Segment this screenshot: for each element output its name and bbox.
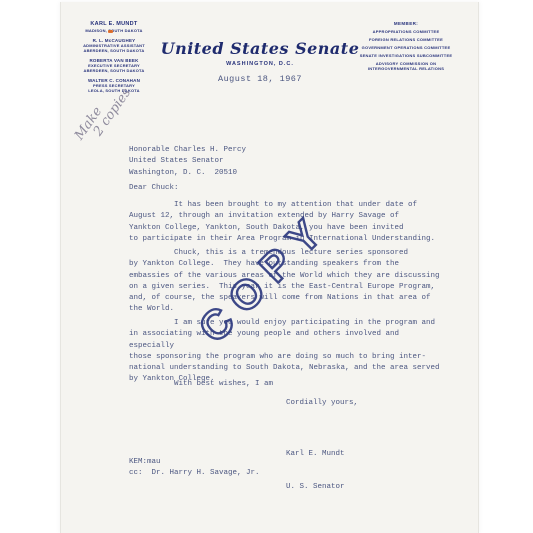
signature-name: Karl E. Mundt	[286, 449, 345, 460]
recipient-address: Honorable Charles H. Percy United States…	[129, 145, 389, 179]
letter-date: August 18, 1967	[151, 74, 369, 84]
reference-cc-block: KEM:mau cc: Dr. Harry H. Savage, Jr.	[129, 457, 260, 480]
body-paragraph-3: I am sure you would enjoy participating …	[129, 318, 445, 386]
committee-item: GOVERNMENT OPERATIONS COMMITTEE	[351, 46, 461, 51]
valediction: Cordially yours,	[286, 398, 358, 409]
senator-location: MADISON, SOUTH DAKOTA	[70, 28, 158, 33]
closing-wishes: With best wishes, I am	[129, 379, 445, 390]
signature-block: Karl E. Mundt U. S. Senator	[286, 426, 345, 516]
senator-block: KARL E. MUNDT MADISON, SOUTH DAKOTA	[70, 21, 158, 33]
scan-artifact-mark	[108, 30, 113, 33]
committee-item: SENATE INVESTIGATIONS SUBCOMMITTEE	[351, 54, 461, 59]
letter-page: KARL E. MUNDT MADISON, SOUTH DAKOTA R. L…	[60, 2, 479, 533]
committee-item: APPROPRIATIONS COMMITTEE	[351, 30, 461, 35]
body-paragraph-2: Chuck, this is a tremendous lecture seri…	[129, 248, 445, 316]
senator-name: KARL E. MUNDT	[70, 21, 158, 28]
organization-city: WASHINGTON, D.C.	[151, 61, 369, 67]
committee-item: FOREIGN RELATIONS COMMITTEE	[351, 38, 461, 43]
committee-item: ADVISORY COMMISSION ON INTERGOVERNMENTAL…	[351, 62, 461, 72]
letterhead-right-column: MEMBER: APPROPRIATIONS COMMITTEE FOREIGN…	[351, 21, 461, 75]
signature-title: U. S. Senator	[286, 482, 345, 493]
organization-name: United States Senate	[151, 40, 369, 58]
letterhead-center: United States Senate WASHINGTON, D.C.	[151, 40, 369, 67]
staff-location: ABERDEEN, SOUTH DAKOTA	[70, 48, 158, 53]
salutation: Dear Chuck:	[129, 183, 179, 194]
member-heading: MEMBER:	[351, 21, 461, 26]
body-paragraph-1: It has been brought to my attention that…	[129, 200, 445, 245]
staff-block: R. L. McCAUGHEY ADMINISTRATIVE ASSISTANT…	[70, 38, 158, 53]
